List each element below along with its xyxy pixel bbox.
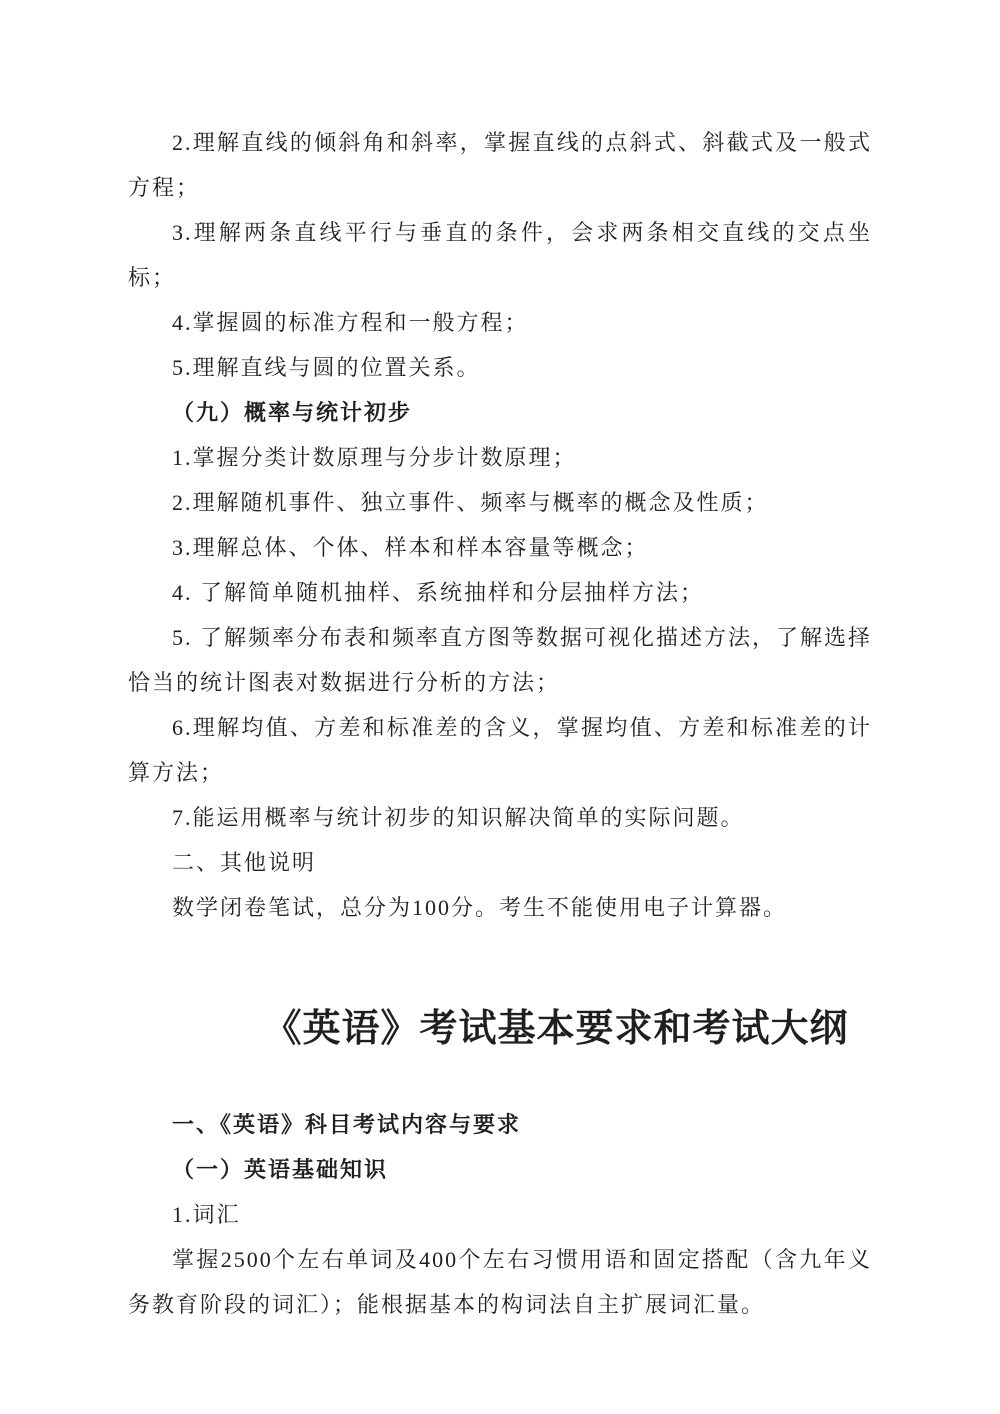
probability-item: 2.理解随机事件、独立事件、频率与概率的概念及性质； [128, 480, 872, 525]
english-section: 《英语》考试基本要求和考试大纲 一、《英语》科目考试内容与要求 （一）英语基础知… [128, 1006, 872, 1327]
probability-item: 5. 了解频率分布表和频率直方图等数据可视化描述方法，了解选择恰当的统计图表对数… [128, 615, 872, 705]
probability-item: 4. 了解简单随机抽样、系统抽样和分层抽样方法； [128, 570, 872, 615]
probability-section-heading: （九）概率与统计初步 [128, 390, 872, 435]
vocab-body: 掌握2500个左右单词及400个左右习惯用语和固定搭配（含九年义务教育阶段的词汇… [128, 1237, 872, 1327]
english-part-heading: 一、《英语》科目考试内容与要求 [128, 1102, 872, 1147]
english-exam-title: 《英语》考试基本要求和考试大纲 [128, 1006, 872, 1052]
english-subsection-heading: （一）英语基础知识 [128, 1147, 872, 1192]
document-page: 2.理解直线的倾斜角和斜率，掌握直线的点斜式、斜截式及一般式方程； 3.理解两条… [0, 0, 1000, 1414]
other-notes-body: 数学闭卷笔试，总分为100分。考生不能使用电子计算器。 [128, 885, 872, 930]
probability-item: 3.理解总体、个体、样本和样本容量等概念； [128, 525, 872, 570]
probability-item: 7.能运用概率与统计初步的知识解决简单的实际问题。 [128, 795, 872, 840]
probability-item: 6.理解均值、方差和标准差的含义，掌握均值、方差和标准差的计算方法； [128, 705, 872, 795]
math-section: 2.理解直线的倾斜角和斜率，掌握直线的点斜式、斜截式及一般式方程； 3.理解两条… [128, 120, 872, 930]
geometry-item: 4.掌握圆的标准方程和一般方程； [128, 300, 872, 345]
geometry-item: 5.理解直线与圆的位置关系。 [128, 345, 872, 390]
probability-item: 1.掌握分类计数原理与分步计数原理； [128, 435, 872, 480]
vocab-heading: 1.词汇 [128, 1192, 872, 1237]
geometry-item: 2.理解直线的倾斜角和斜率，掌握直线的点斜式、斜截式及一般式方程； [128, 120, 872, 210]
other-notes-heading: 二、其他说明 [128, 840, 872, 885]
geometry-item: 3.理解两条直线平行与垂直的条件，会求两条相交直线的交点坐标； [128, 210, 872, 300]
